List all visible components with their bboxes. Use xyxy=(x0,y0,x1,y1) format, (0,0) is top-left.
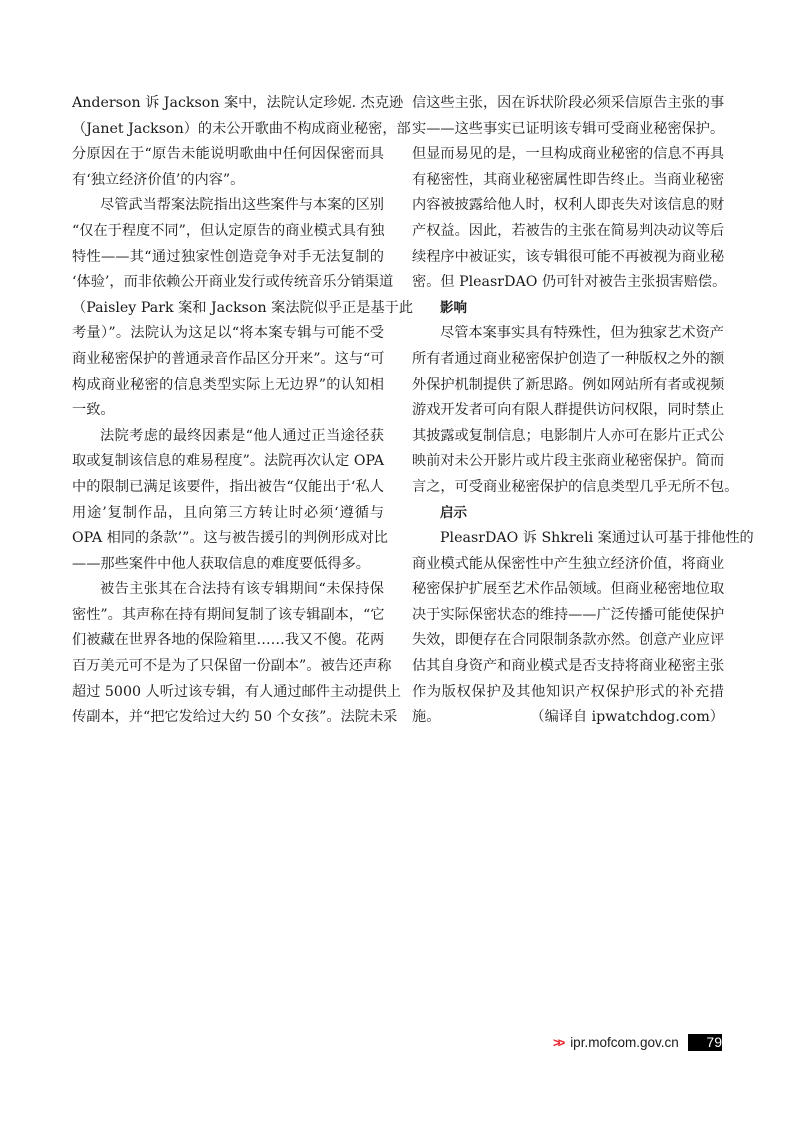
text-line: 中的限制已满足该要件，指出被告“仅能出于‘私人 xyxy=(72,475,384,501)
section-heading-impact: 影响 xyxy=(412,296,724,322)
page-number-badge: 79 xyxy=(688,1034,722,1051)
text-line: 考量）”。法院认为这足以“将本案专辑与可能不受 xyxy=(72,321,384,347)
paragraph-start: PleasrDAO 诉 Shkreli 案通过认可基于排他性的 xyxy=(412,526,724,552)
paragraph-start: 尽管武当帮案法院指出这些案件与本案的区别 xyxy=(72,193,384,219)
text-line: 一致。 xyxy=(72,398,384,424)
text-line: 产权益。因此，若被告的主张在简易判决动议等后 xyxy=(412,219,724,245)
text-line: 但显而易见的是，一旦构成商业秘密的信息不再具 xyxy=(412,142,724,168)
text-line: “仅在于程度不同”，但认定原告的商业模式具有独 xyxy=(72,219,384,245)
text-line: 秘密保护扩展至艺术作品领域。但商业秘密地位取 xyxy=(412,577,724,603)
text-line: ——那些案件中他人获取信息的难度要低得多。 xyxy=(72,552,384,578)
text-line: 有秘密性，其商业秘密属性即告终止。当商业秘密 xyxy=(412,168,724,194)
text-line: Anderson 诉 Jackson 案中，法院认定珍妮. 杰克逊 xyxy=(72,91,384,117)
text-line: 分原因在于“原告未能说明歌曲中任何因保密而具 xyxy=(72,142,384,168)
text-line: （Janet Jackson）的未公开歌曲不构成商业秘密，部 xyxy=(72,117,384,143)
text-line: 取或复制该信息的难易程度”。法院再次认定 OPA xyxy=(72,449,384,475)
article-right-column: 信这些主张，因在诉状阶段必须采信原告主张的事 实——这些事实已证明该专辑可受商业… xyxy=(412,91,724,731)
text-line: 估其自身资产和商业模式是否支持将商业秘密主张 xyxy=(412,654,724,680)
text-line: 商业模式能从保密性中产生独立经济价值，将商业 xyxy=(412,552,724,578)
text-line: 密。但 PleasrDAO 仍可针对被告主张损害赔偿。 xyxy=(412,270,724,296)
text-line: 超过 5000 人听过该专辑，有人通过邮件主动提供上 xyxy=(72,680,384,706)
text-line: 有‘独立经济价值’的内容”。 xyxy=(72,168,384,194)
text-line: 其披露或复制信息；电影制片人亦可在影片正式公 xyxy=(412,424,724,450)
paragraph-start: 尽管本案事实具有特殊性，但为独家艺术资产 xyxy=(412,321,724,347)
source-attribution: （编译自 ipwatchdog.com） xyxy=(530,705,724,731)
text-line: 传副本，并“把它发给过大约 50 个女孩”。法院未采 xyxy=(72,705,384,731)
paragraph-start: 被告主张其在合法持有该专辑期间“未保持保 xyxy=(72,577,384,603)
footer-website-link[interactable]: ipr.mofcom.gov.cn xyxy=(570,1034,679,1051)
text-line: 们被藏在世界各地的保险箱里……我又不傻。花两 xyxy=(72,628,384,654)
text-line: （Paisley Park 案和 Jackson 案法院似乎正是基于此 xyxy=(72,296,384,322)
final-line-with-source: 施。 （编译自 ipwatchdog.com） xyxy=(412,705,724,731)
text-line: 信这些主张，因在诉状阶段必须采信原告主张的事 xyxy=(412,91,724,117)
paragraph-start: 法院考虑的最终因素是“他人通过正当途径获 xyxy=(72,424,384,450)
text-line: 续程序中被证实，该专辑很可能不再被视为商业秘 xyxy=(412,245,724,271)
text-line: 密性”。其声称在持有期间复制了该专辑副本，“它 xyxy=(72,603,384,629)
text-line: 百万美元可不是为了只保留一份副本”。被告还声称 xyxy=(72,654,384,680)
page-footer: >> ipr.mofcom.gov.cn xyxy=(553,1034,679,1051)
text-line: 所有者通过商业秘密保护创造了一种版权之外的额 xyxy=(412,347,724,373)
text-line: 特性——其“通过独家性创造竞争对手无法复制的 xyxy=(72,245,384,271)
text-line: 用途’复制作品，且向第三方转让时必须‘遵循与 xyxy=(72,501,384,527)
text-line: 决于实际保密状态的维持——广泛传播可能使保护 xyxy=(412,603,724,629)
double-chevron-right-icon: >> xyxy=(553,1034,562,1051)
text-line: 构成商业秘密的信息类型实际上无边界”的认知相 xyxy=(72,373,384,399)
text-line: 游戏开发者可向有限人群提供访问权限，同时禁止 xyxy=(412,398,724,424)
text-line: 内容被披露给他人时，权利人即丧失对该信息的财 xyxy=(412,193,724,219)
article-left-column: Anderson 诉 Jackson 案中，法院认定珍妮. 杰克逊 （Janet… xyxy=(72,91,384,731)
text-line: 实——这些事实已证明该专辑可受商业秘密保护。 xyxy=(412,117,724,143)
text-line: 失效，即便存在合同限制条款亦然。创意产业应评 xyxy=(412,628,724,654)
text-line: 言之，可受商业秘密保护的信息类型几乎无所不包。 xyxy=(412,475,724,501)
text-line: ‘体验’，而非依赖公开商业发行或传统音乐分销渠道 xyxy=(72,270,384,296)
text-line: 外保护机制提供了新思路。例如网站所有者或视频 xyxy=(412,373,724,399)
text-line: 映前对未公开影片或片段主张商业秘密保护。简而 xyxy=(412,449,724,475)
text-line: OPA 相同的条款’”。这与被告援引的判例形成对比 xyxy=(72,526,384,552)
text-line-end: 施。 xyxy=(412,709,440,725)
section-heading-takeaways: 启示 xyxy=(412,501,724,527)
text-line: 商业秘密保护的普通录音作品区分开来”。这与“可 xyxy=(72,347,384,373)
text-line: 作为版权保护及其他知识产权保护形式的补充措 xyxy=(412,680,724,706)
